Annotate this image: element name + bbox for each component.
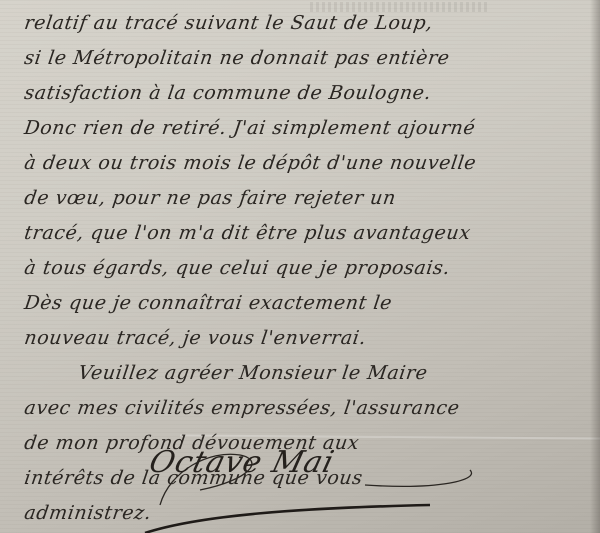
- closing-line: avec mes civilités empressées, l'assuran…: [22, 391, 597, 426]
- letter-line: satisfaction à la commune de Boulogne.: [22, 76, 597, 111]
- letter-line: Dès que je connaîtrai exactement le: [22, 286, 597, 321]
- letter-line: relatif au tracé suivant le Saut de Loup…: [22, 6, 597, 41]
- letter-line: à deux ou trois mois le dépôt d'une nouv…: [22, 146, 597, 181]
- letter-line: Donc rien de retiré. J'ai simplement ajo…: [22, 111, 597, 146]
- letter-line: nouveau tracé, je vous l'enverrai.: [22, 321, 597, 356]
- letter-page: relatif au tracé suivant le Saut de Loup…: [0, 0, 600, 533]
- page-edge-shadow: [590, 0, 600, 533]
- letter-line: à tous égards, que celui que je proposai…: [22, 251, 597, 286]
- closing-line: administrez.: [22, 496, 597, 531]
- letter-line: tracé, que l'on m'a dit être plus avanta…: [22, 216, 597, 251]
- signature: Octave Mai: [146, 445, 339, 480]
- closing-line: Veuillez agréer Monsieur le Maire: [22, 356, 597, 391]
- letter-line: de vœu, pour ne pas faire rejeter un: [22, 181, 597, 216]
- letter-line: si le Métropolitain ne donnait pas entiè…: [22, 41, 597, 76]
